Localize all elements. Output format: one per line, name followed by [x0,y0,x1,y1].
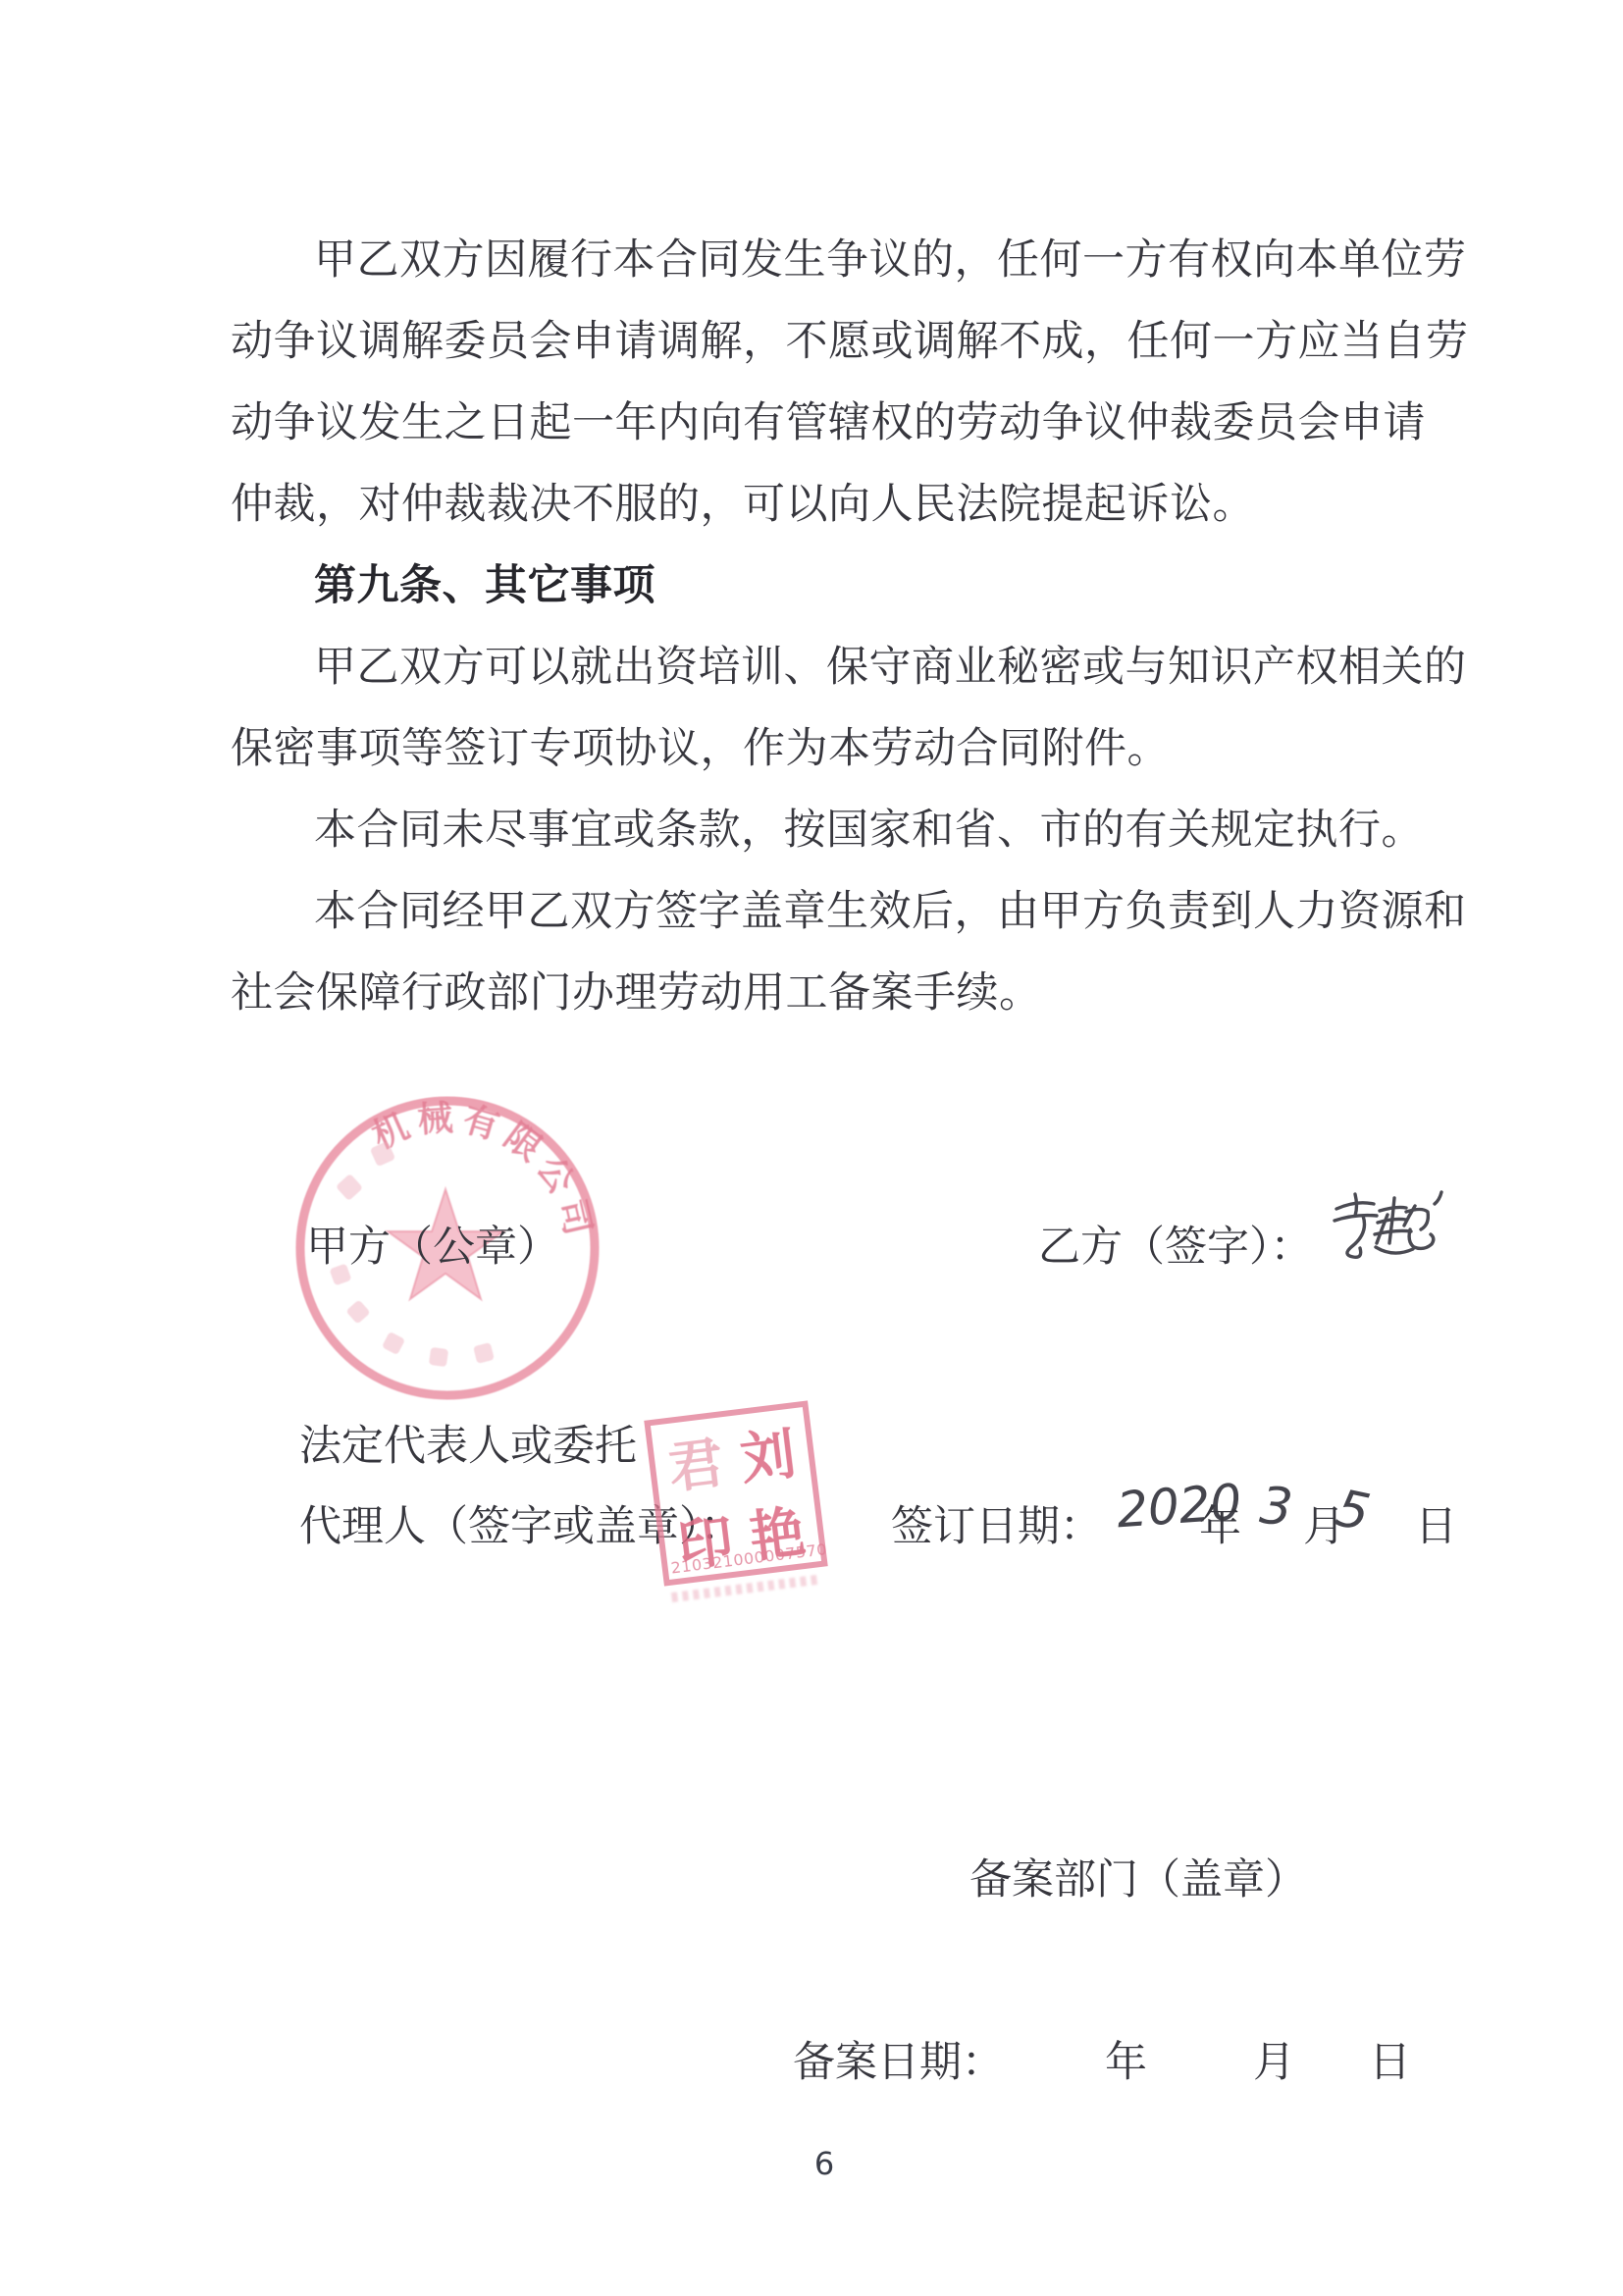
personal-name-seal-stamp: 君 刘 印 艳 210321000007570 [644,1400,827,1586]
contract-page: 甲乙双方因履行本合同发生争议的，任何一方有权向本单位劳 动争议调解委员会申请调解… [0,0,1623,2296]
paragraph-line: 仲裁，对仲裁裁决不服的，可以向人民法院提起诉讼。 [231,483,1255,527]
filing-date-label: 备案日期： [793,2029,1004,2089]
year-unit: 年 [1199,1493,1241,1553]
article-9-heading: 第九条、其它事项 [314,564,655,608]
paragraph-line: 甲乙双方因履行本合同发生争议的，任何一方有权向本单位劳 [314,238,1467,283]
paragraph-line: 动争议发生之日起一年内向有管辖权的劳动争议仲裁委员会申请 [231,401,1426,445]
paragraph-line: 本合同经甲乙双方签字盖章生效后，由甲方负责到人力资源和 [314,890,1467,934]
paragraph-line: 本合同未尽事宜或条款，按国家和省、市的有关规定执行。 [314,809,1424,853]
filing-year-unit: 年 [1105,2029,1147,2089]
paragraph-line: 动争议调解委员会申请调解，不愿或调解不成，任何一方应当自劳 [231,320,1469,364]
seal-char: 君 [654,1419,736,1505]
filing-day-unit: 日 [1369,2029,1411,2089]
paragraph-line: 保密事项等签订专项协议，作为本劳动合同附件。 [231,727,1170,771]
party-b-sign-label: 乙方（签字）： [1038,1214,1313,1274]
seal-character-grid: 君 刘 印 艳 [654,1410,813,1552]
party-a-seal-label: 甲方（公章） [306,1214,559,1274]
paragraph-line: 甲乙双方可以就出资培训、保守商业秘密或与知识产权相关的 [314,646,1467,690]
paragraph-line: 社会保障行政部门办理劳动用工备案手续。 [231,971,1042,1016]
handwritten-month: 3 [1257,1477,1294,1539]
page-number: 6 [805,2145,844,2182]
filing-month-unit: 月 [1253,2029,1295,2089]
filing-dept-label: 备案部门（盖章） [969,1847,1307,1906]
legal-rep-label-line1: 法定代表人或委托 [299,1413,637,1473]
sign-date-label: 签订日期： [891,1493,1102,1553]
day-unit: 日 [1415,1493,1457,1553]
handwritten-day: 5 [1331,1479,1375,1543]
seal-char: 刘 [727,1410,809,1496]
party-b-handwritten-signature [1323,1185,1452,1279]
